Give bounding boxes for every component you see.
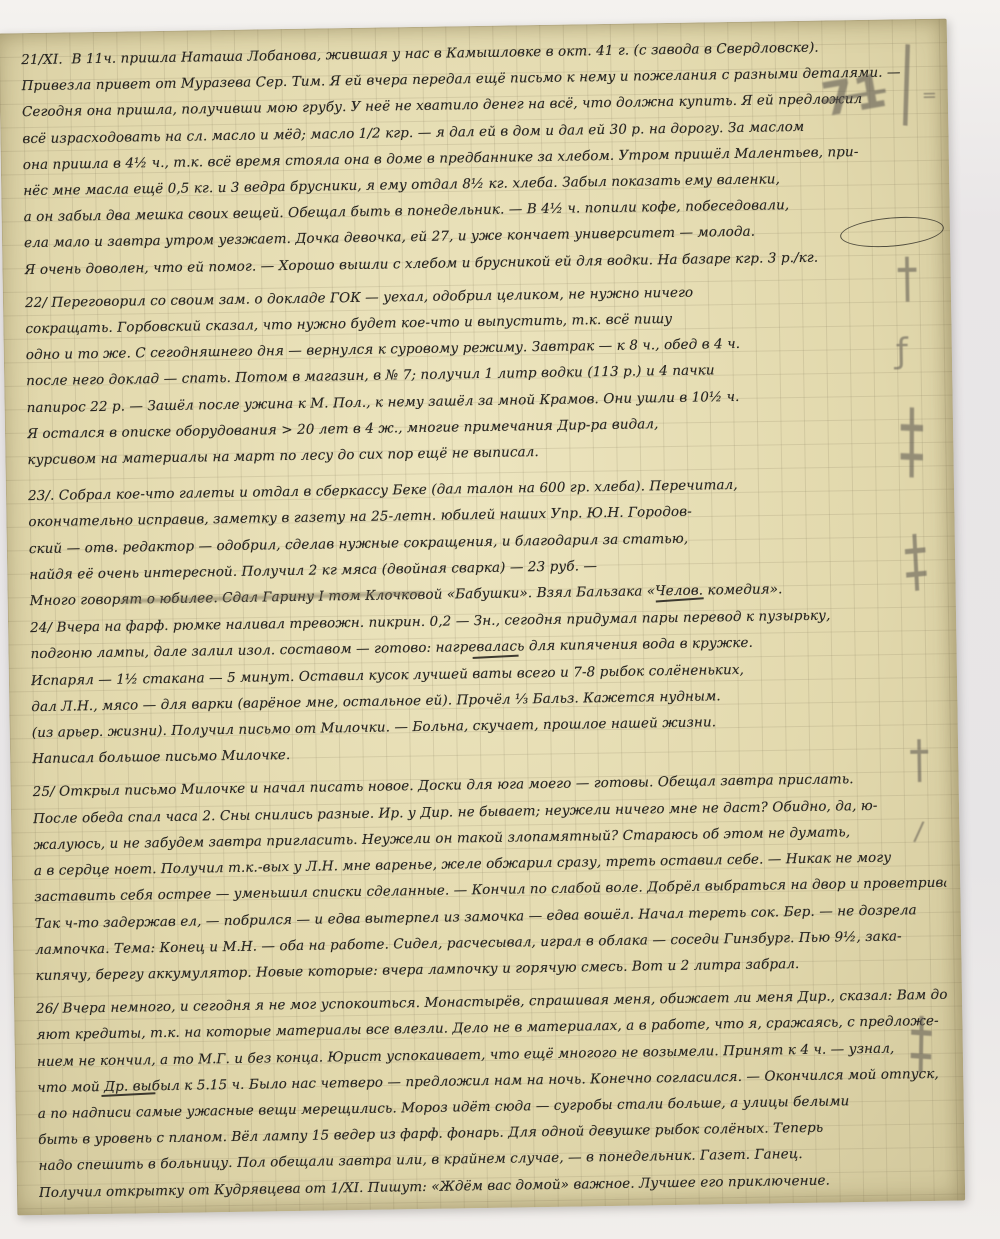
diary-entry-25: 25/ Открыл письмо Милочке и начал писать…	[32, 765, 947, 989]
diary-page: 21/XI. В 11ч. пришла Наташа Лобанова, жи…	[0, 19, 965, 1216]
diary-entry-21-xi: 21/XI. В 11ч. пришла Наташа Лобанова, жи…	[21, 33, 937, 283]
diary-entry-23: 23/. Собрал кое-что галеты и отдал в сбе…	[28, 469, 942, 614]
handwritten-text-column: 21/XI. В 11ч. пришла Наташа Лобанова, жи…	[21, 33, 951, 1205]
diary-entry-26: 26/ Вчера немного, и сегодня я не мог ус…	[36, 982, 951, 1205]
diary-entry-24: 24/ Вчера на фарф. рюмке наливал тревожн…	[30, 601, 944, 773]
diary-entry-22: 22/ Переговорил со своим зам. о докладе …	[25, 276, 940, 474]
